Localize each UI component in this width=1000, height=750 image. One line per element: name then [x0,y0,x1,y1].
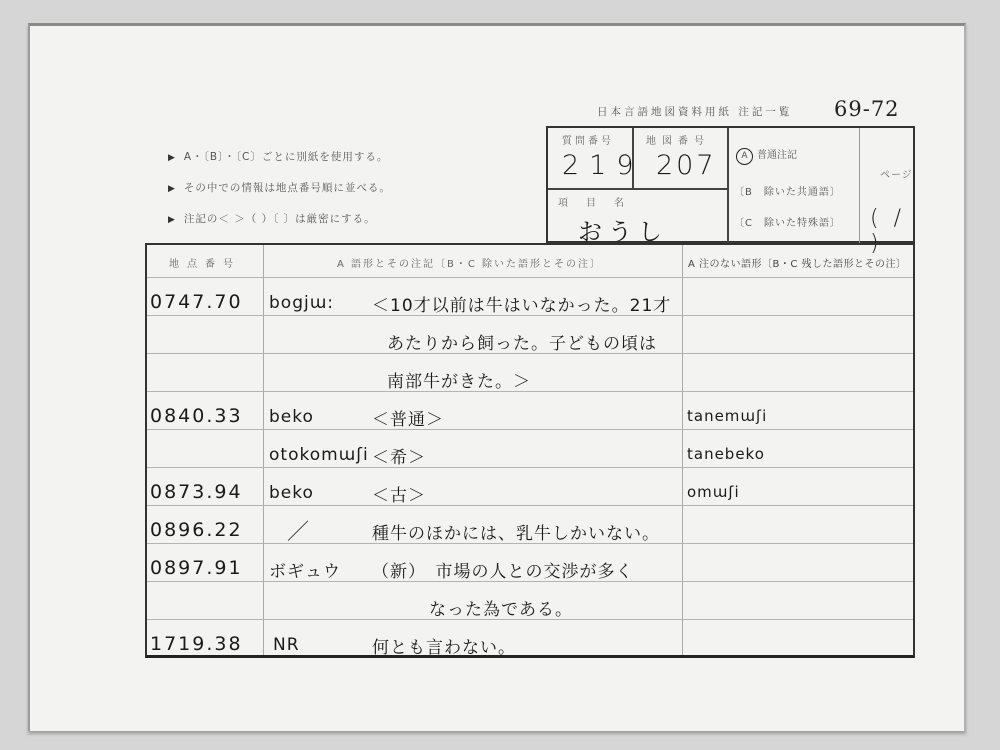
table-row-note: 何とも言わない。 [372,633,516,658]
table-row-form: otokomɯʃi [269,445,369,465]
table-row-note: あたりから飼った。子どもの頃は [387,329,657,354]
table-row-form: ／ [287,515,310,546]
table-row-extra: tanemɯʃi [687,407,767,425]
table-row-extra: omɯʃi [687,483,740,501]
form-title: 日本言語地図資料用紙 注記一覧 [597,104,792,119]
table-row-note: 種牛のほかには、乳牛しかいない。 [372,519,660,544]
table-row-note: ＜古＞ [372,481,426,506]
map-number-label: 地図番号 [646,132,710,147]
table-row-point: 0840.33 [150,405,243,427]
triangle-marker-icon: ▶ [168,215,176,225]
table-row-note: （新） 市場の人との交渉が多く [372,557,634,582]
table-row-note: ＜10才以前は牛はいなかった。21才 [372,291,671,316]
column-header-form: A 語形とその注記〔B・C 除いた語形とその注〕 [337,255,602,270]
type-option-a[interactable]: A普通注記 [736,146,797,165]
triangle-marker-icon: ▶ [168,184,176,194]
circled-selection-icon: A [736,148,753,165]
instruction-2: ▶その中での情報は地点番号順に並べる。 [168,180,391,195]
table-row-form: beko [269,483,314,503]
entries-table: 地点番号 A 語形とその注記〔B・C 除いた語形とその注〕 A 注のない語形〔B… [145,243,915,658]
table-row-point: 0897.91 [150,557,243,579]
column-header-point: 地点番号 [169,255,241,270]
table-row-form: bogjɯ: [269,293,334,313]
instruction-1: ▶A・〔B〕・〔C〕ごとに別紙を使用する。 [168,149,388,164]
table-row-point: 1719.38 [150,633,243,655]
page-label: ページ [880,166,913,181]
instruction-3: ▶注記の＜ ＞（ ）〔 〕は厳密にする。 [168,211,376,226]
form-code: 69-72 [834,97,900,121]
table-row-point: 0747.70 [150,291,243,313]
table-row-note: ＜普通＞ [372,405,444,430]
table-row-note: 南部牛がきた。＞ [387,367,531,392]
map-number: 207 [656,150,717,181]
question-number: 219 [562,150,644,181]
table-row-point: 0896.22 [150,519,243,541]
question-number-label: 質問番号 [562,132,614,147]
table-row-form: ボギュウ [269,557,341,582]
column-header-extra: A 注のない語形〔B・C 残した語形とその注〕 [688,255,907,270]
type-option-c[interactable]: 〔C 除いた特殊語〕 [734,214,841,229]
table-row-form: NR [273,635,300,655]
item-name: おうし [578,212,668,247]
item-name-label: 項目名 [558,194,642,209]
table-row-point: 0873.94 [150,481,243,503]
triangle-marker-icon: ▶ [168,153,176,163]
table-row-extra: tanebeko [687,445,765,463]
type-option-b[interactable]: 〔B 除いた共通語〕 [734,183,841,198]
table-row-note: なった為である。 [429,595,573,620]
table-row-form: beko [269,407,314,427]
table-row-note: ＜希＞ [372,443,426,468]
header-box: 質問番号 219 地図番号 207 項目名 おうし A普通注記 〔B 除いた共通… [546,126,915,243]
